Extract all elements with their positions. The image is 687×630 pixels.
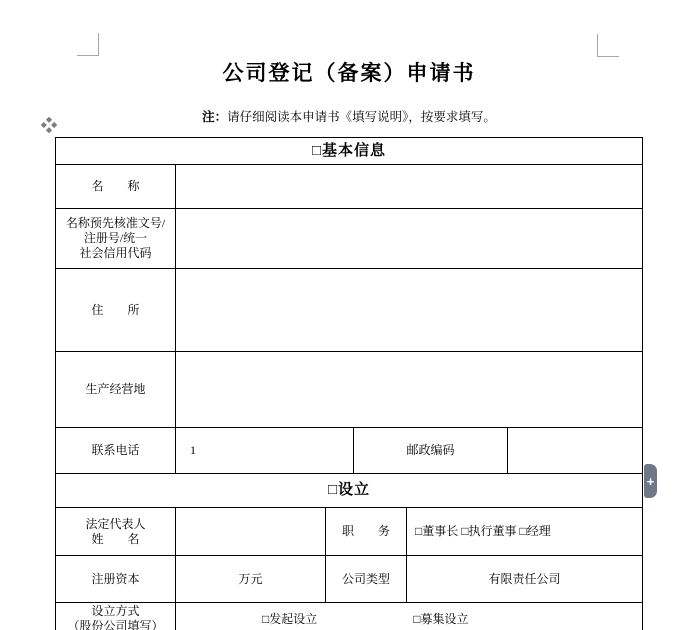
- phone-label: 联系电话: [56, 428, 176, 473]
- setup-option-initiation-checkbox[interactable]: □发起设立: [262, 611, 317, 628]
- name-label: 名 称: [56, 165, 176, 208]
- production-site-label: 生产经营地: [56, 352, 176, 427]
- name-field[interactable]: [176, 165, 642, 208]
- section-basic-info-checkbox-title[interactable]: □基本信息: [56, 138, 642, 164]
- residence-label: 住 所: [56, 269, 176, 351]
- setup-mode-options: □发起设立 □募集设立: [176, 603, 642, 630]
- note-prefix: 注：: [202, 110, 227, 124]
- residence-field[interactable]: [176, 269, 642, 351]
- page-margin-mark-top-right: [597, 34, 619, 57]
- approval-number-row: 名称预先核准文号/ 注册号/统一 社会信用代码: [56, 209, 642, 269]
- legal-representative-field[interactable]: [176, 508, 326, 555]
- registered-capital-label: 注册资本: [56, 556, 176, 602]
- registration-form-table: □基本信息 名 称 名称预先核准文号/ 注册号/统一 社会信用代码 住 所 生产…: [55, 137, 643, 630]
- legal-representative-label: 法定代表人 姓 名: [56, 508, 176, 555]
- page-title: 公司登记（备案）申请书: [55, 57, 643, 87]
- postal-code-label: 邮政编码: [354, 428, 508, 473]
- position-checkbox-options[interactable]: □董事长 □执行董事 □经理: [407, 508, 642, 555]
- registered-capital-row: 注册资本 万元 公司类型 有限责任公司: [56, 556, 642, 603]
- residence-row: 住 所: [56, 269, 642, 352]
- production-site-row: 生产经营地: [56, 352, 642, 428]
- note-text: 请仔细阅读本申请书《填写说明》，按要求填写。: [227, 110, 496, 124]
- phone-postal-row: 联系电话 1 邮政编码: [56, 428, 642, 474]
- setup-option-fundraising-checkbox[interactable]: □募集设立: [413, 611, 468, 628]
- name-row: 名 称: [56, 165, 642, 209]
- section-establishment-checkbox-title[interactable]: □设立: [56, 474, 642, 507]
- company-type-label: 公司类型: [326, 556, 407, 602]
- phone-field[interactable]: 1: [176, 428, 354, 473]
- registered-capital-field[interactable]: 万元: [176, 556, 326, 602]
- approval-number-label: 名称预先核准文号/ 注册号/统一 社会信用代码: [56, 209, 176, 268]
- setup-mode-label: 设立方式 （股份公司填写）: [56, 603, 176, 630]
- production-site-field[interactable]: [176, 352, 642, 427]
- document-page: { "header": { "title": "公司登记（备案）申请书", "n…: [0, 0, 687, 630]
- page-margin-mark-top-left: [77, 33, 99, 56]
- table-move-handle-icon[interactable]: [41, 117, 57, 133]
- plus-icon: +: [647, 474, 655, 489]
- setup-mode-row: 设立方式 （股份公司填写） □发起设立 □募集设立: [56, 603, 642, 630]
- instruction-note: 注：请仔细阅读本申请书《填写说明》，按要求填写。: [55, 109, 643, 125]
- expand-plus-handle[interactable]: +: [644, 464, 657, 498]
- approval-number-field[interactable]: [176, 209, 642, 268]
- postal-code-field[interactable]: [508, 428, 642, 473]
- legal-representative-row: 法定代表人 姓 名 职 务 □董事长 □执行董事 □经理: [56, 508, 642, 556]
- company-type-value: 有限责任公司: [407, 556, 642, 602]
- section-establishment-header-row: □设立: [56, 474, 642, 508]
- position-label: 职 务: [326, 508, 407, 555]
- section-basic-info-header-row: □基本信息: [56, 138, 642, 165]
